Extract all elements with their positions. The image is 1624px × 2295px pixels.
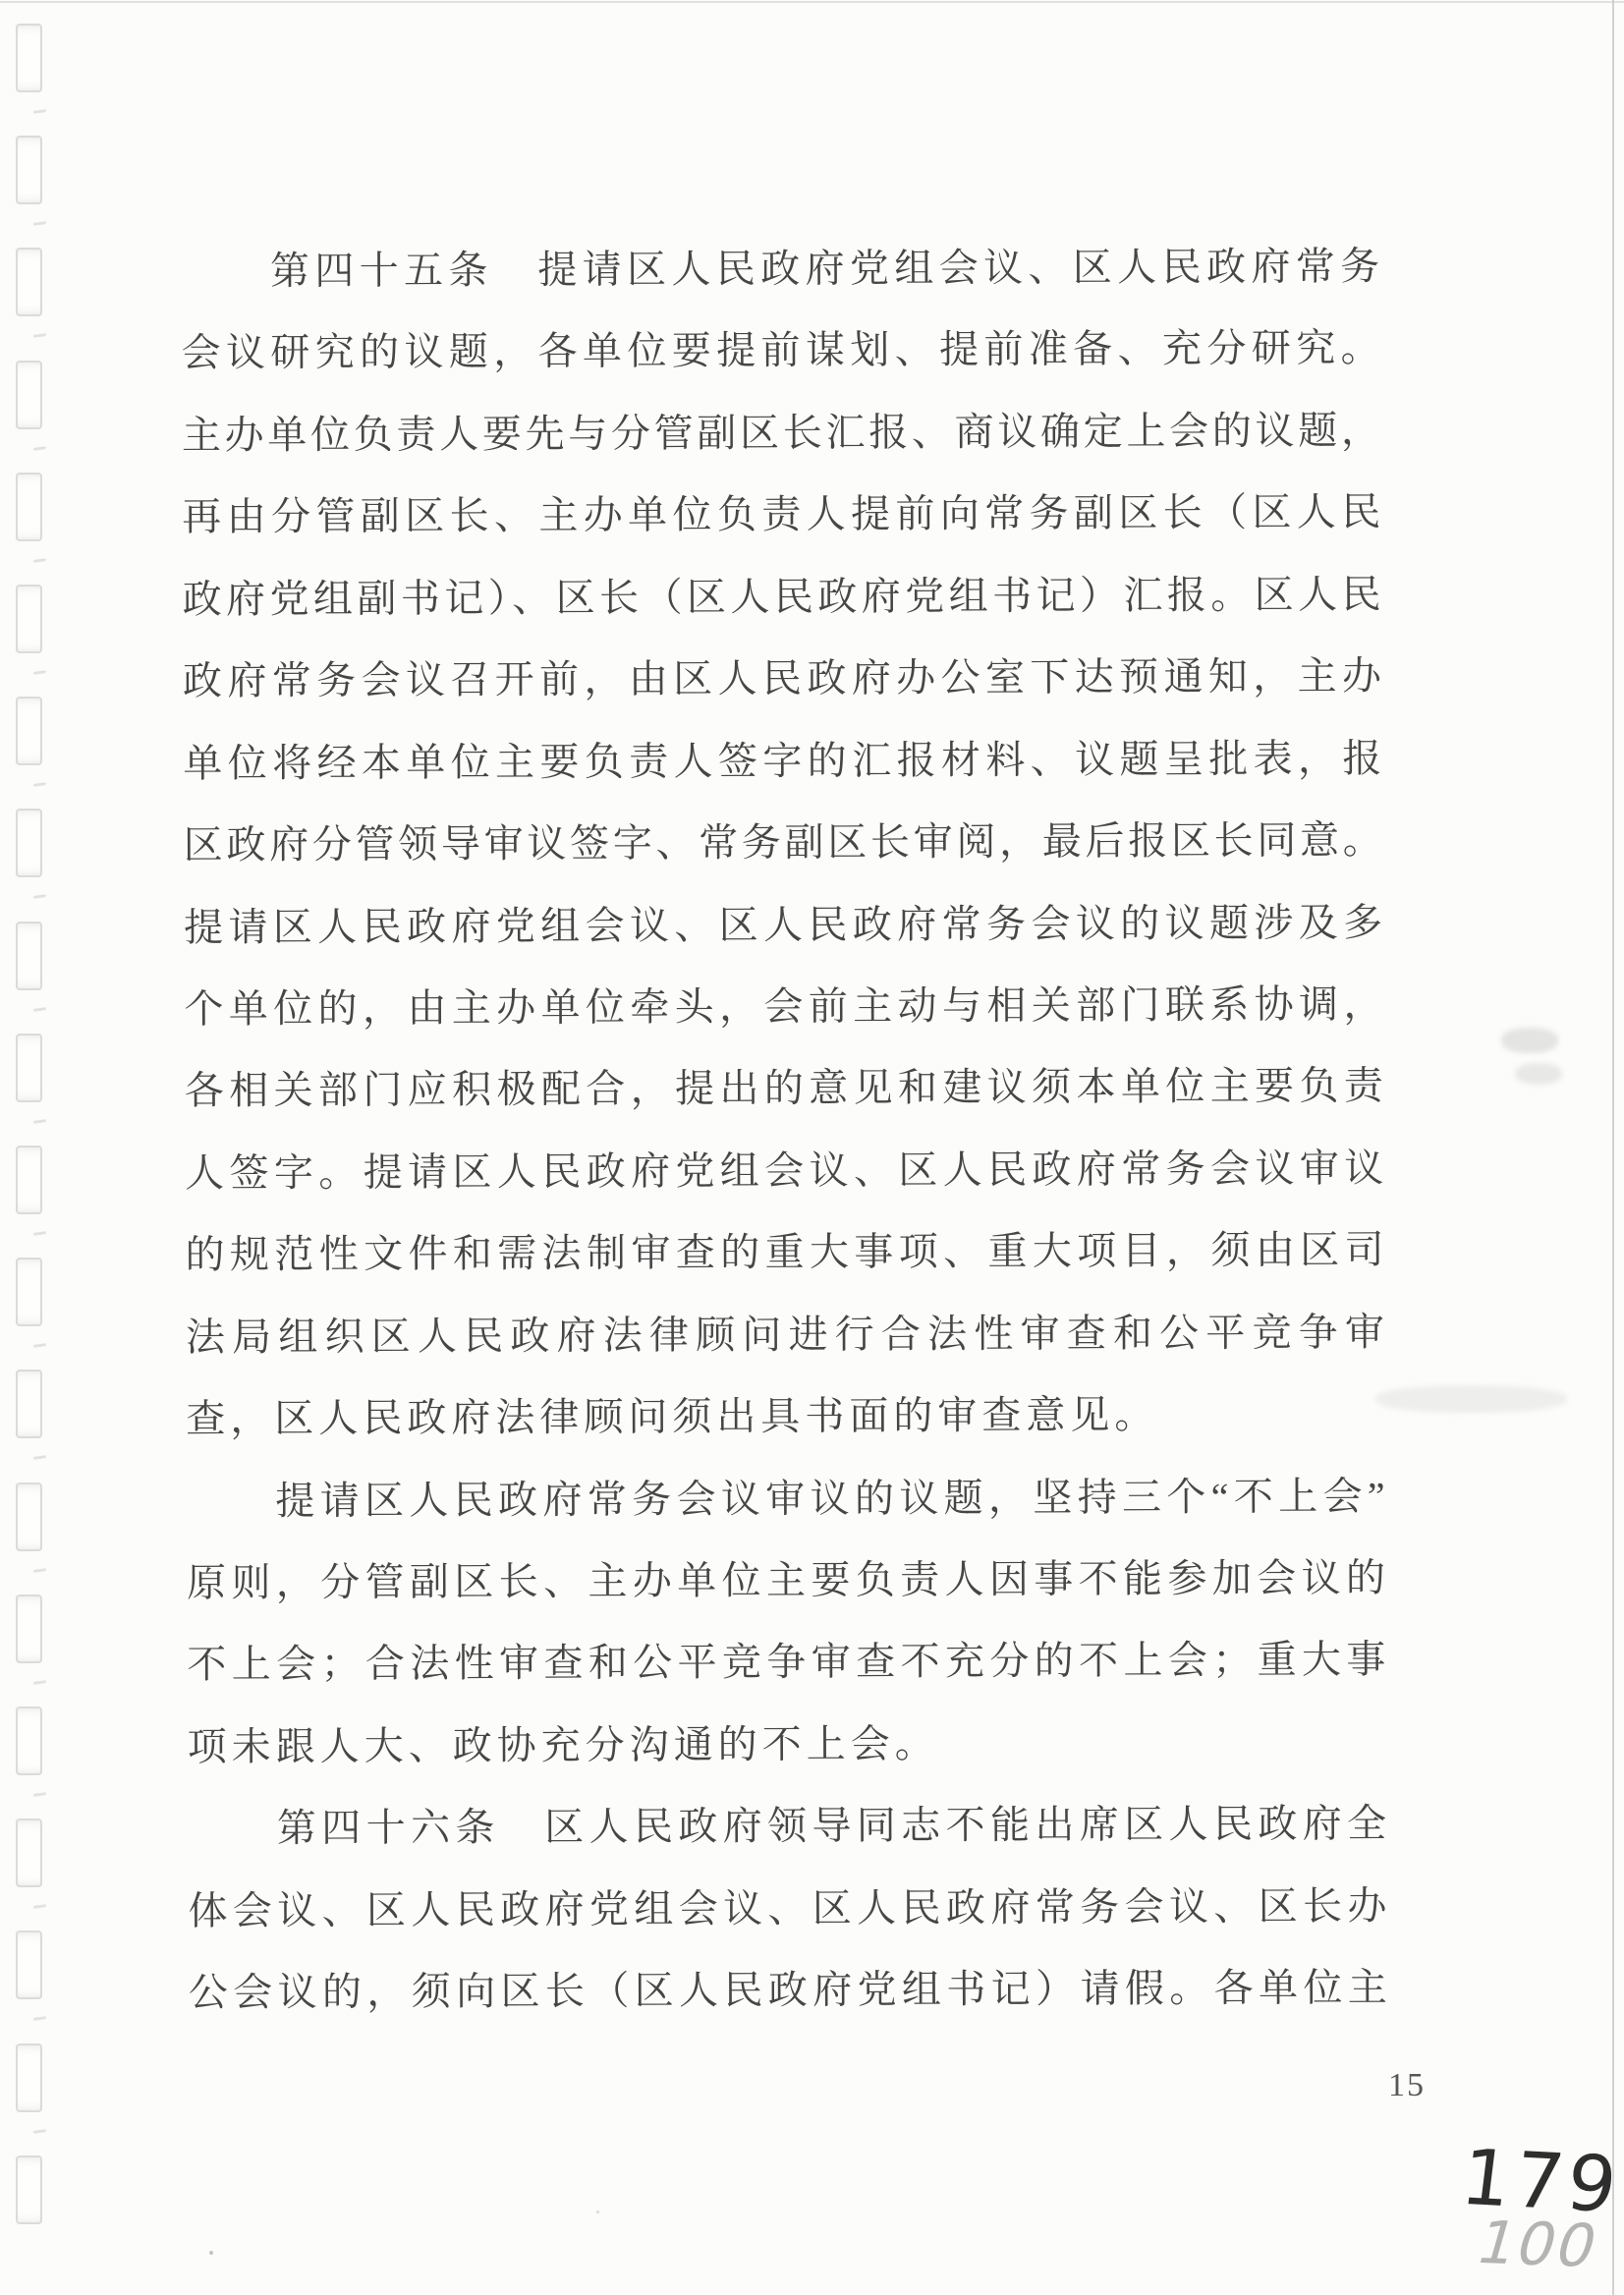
text-line: 项未跟人大、政协充分沟通的不上会。 xyxy=(188,1701,1386,1788)
binding-hole xyxy=(16,248,42,316)
binding-hole xyxy=(16,2043,42,2112)
page-number: 15 xyxy=(1388,2067,1426,2104)
pencil-tick xyxy=(33,1119,46,1124)
scan-top-edge-line xyxy=(0,1,1624,3)
text-line: 个单位的，由主办单位牵头，会前主动与相关部门联系协调， xyxy=(184,963,1382,1050)
binding-hole xyxy=(16,1258,42,1326)
text-column: 第四十五条 提请区人民政府党组会议、区人民政府常务会议研究的议题，各单位要提前谋… xyxy=(181,225,1387,2034)
binding-hole xyxy=(16,1595,42,1663)
ink-speck-1 xyxy=(209,2251,213,2255)
margin-smudge-3 xyxy=(1375,1385,1567,1413)
pencil-tick xyxy=(33,782,46,787)
margin-smudge-1 xyxy=(1501,1028,1558,1053)
text-line: 人签字。提请区人民政府党组会议、区人民政府常务会议审议 xyxy=(185,1127,1383,1214)
pencil-tick xyxy=(33,1007,46,1012)
text-line: 再由分管副区长、主办单位负责人提前向常务副区长（区人民 xyxy=(182,472,1380,559)
text-line: 不上会；合法性审查和公平竞争审查不充分的不上会；重大事 xyxy=(187,1619,1385,1707)
pencil-tick xyxy=(33,558,46,563)
pencil-tick xyxy=(33,1568,46,1573)
text-line: 的规范性文件和需法制审查的重大事项、重大项目，须由区司 xyxy=(185,1209,1383,1297)
binding-hole xyxy=(16,585,42,653)
scanned-page: 第四十五条 提请区人民政府党组会议、区人民政府常务会议研究的议题，各单位要提前谋… xyxy=(0,0,1624,2295)
binding-hole xyxy=(16,361,42,429)
pencil-tick xyxy=(33,1904,46,1909)
text-line: 体会议、区人民政府党组会议、区人民政府常务会议、区长办 xyxy=(188,1865,1386,1952)
text-line: 政府常务会议召开前，由区人民政府办公室下达预通知，主办 xyxy=(183,636,1381,723)
pencil-tick xyxy=(33,1456,46,1461)
binding-hole xyxy=(16,473,42,541)
pencil-tick xyxy=(33,1231,46,1236)
binding-hole xyxy=(16,136,42,204)
binding-hole xyxy=(16,697,42,765)
text-line: 第四十六条 区人民政府领导同志不能出席区人民政府全 xyxy=(188,1783,1386,1871)
text-line: 区政府分管领导审议签字、常务副区长审阅，最后报区长同意。 xyxy=(184,799,1382,886)
binding-hole xyxy=(16,2155,42,2224)
ink-speck-2 xyxy=(596,2211,599,2213)
pencil-tick xyxy=(33,2017,46,2022)
binding-hole xyxy=(16,1931,42,1999)
binding-hole xyxy=(16,809,42,877)
binding-hole xyxy=(16,1370,42,1438)
text-line: 提请区人民政府常务会议审议的议题，坚持三个“不上会” xyxy=(186,1455,1384,1542)
binding-holes xyxy=(0,0,69,2295)
binding-hole xyxy=(16,922,42,990)
pencil-tick xyxy=(33,895,46,900)
text-line: 主办单位负责人要先与分管副区长汇报、商议确定上会的议题， xyxy=(182,389,1380,476)
pencil-tick xyxy=(33,1680,46,1685)
binding-hole xyxy=(16,1819,42,1887)
binding-hole xyxy=(16,1034,42,1102)
pencil-tick xyxy=(33,1792,46,1797)
text-line: 政府党组副书记）、区长（区人民政府党组书记）汇报。区人民 xyxy=(182,553,1380,641)
binding-hole xyxy=(16,1146,42,1214)
pencil-tick xyxy=(33,670,46,675)
pencil-tick xyxy=(33,221,46,226)
text-line: 单位将经本单位主要负责人签字的汇报材料、议题呈批表，报 xyxy=(183,717,1381,805)
text-line: 原则，分管副区长、主办单位主要负责人因事不能参加会议的 xyxy=(187,1537,1385,1624)
pencil-tick xyxy=(33,446,46,451)
text-line: 会议研究的议题，各单位要提前谋划、提前准备、充分研究。 xyxy=(181,308,1379,395)
handwritten-pencil-number: 100 xyxy=(1469,2209,1606,2281)
scan-right-edge-line xyxy=(1612,0,1614,2295)
pencil-tick xyxy=(33,109,46,114)
text-line: 提请区人民政府党组会议、区人民政府常务会议的议题涉及多 xyxy=(184,881,1382,969)
pencil-tick xyxy=(33,334,46,339)
text-line: 各相关部门应积极配合，提出的意见和建议须本单位主要负责 xyxy=(185,1045,1383,1133)
margin-smudge-2 xyxy=(1515,1063,1562,1085)
text-line: 查，区人民政府法律顾问须出具书面的审查意见。 xyxy=(186,1372,1384,1460)
binding-hole xyxy=(16,1483,42,1551)
pencil-tick xyxy=(33,2129,46,2134)
text-line: 法局组织区人民政府法律顾问进行合法性审查和公平竞争审 xyxy=(186,1291,1384,1378)
text-line: 第四十五条 提请区人民政府党组会议、区人民政府常务 xyxy=(181,225,1379,312)
pencil-tick xyxy=(33,1343,46,1348)
binding-hole xyxy=(16,1707,42,1775)
binding-hole xyxy=(16,24,42,92)
text-line: 公会议的，须向区长（区人民政府党组书记）请假。各单位主 xyxy=(189,1947,1387,2035)
